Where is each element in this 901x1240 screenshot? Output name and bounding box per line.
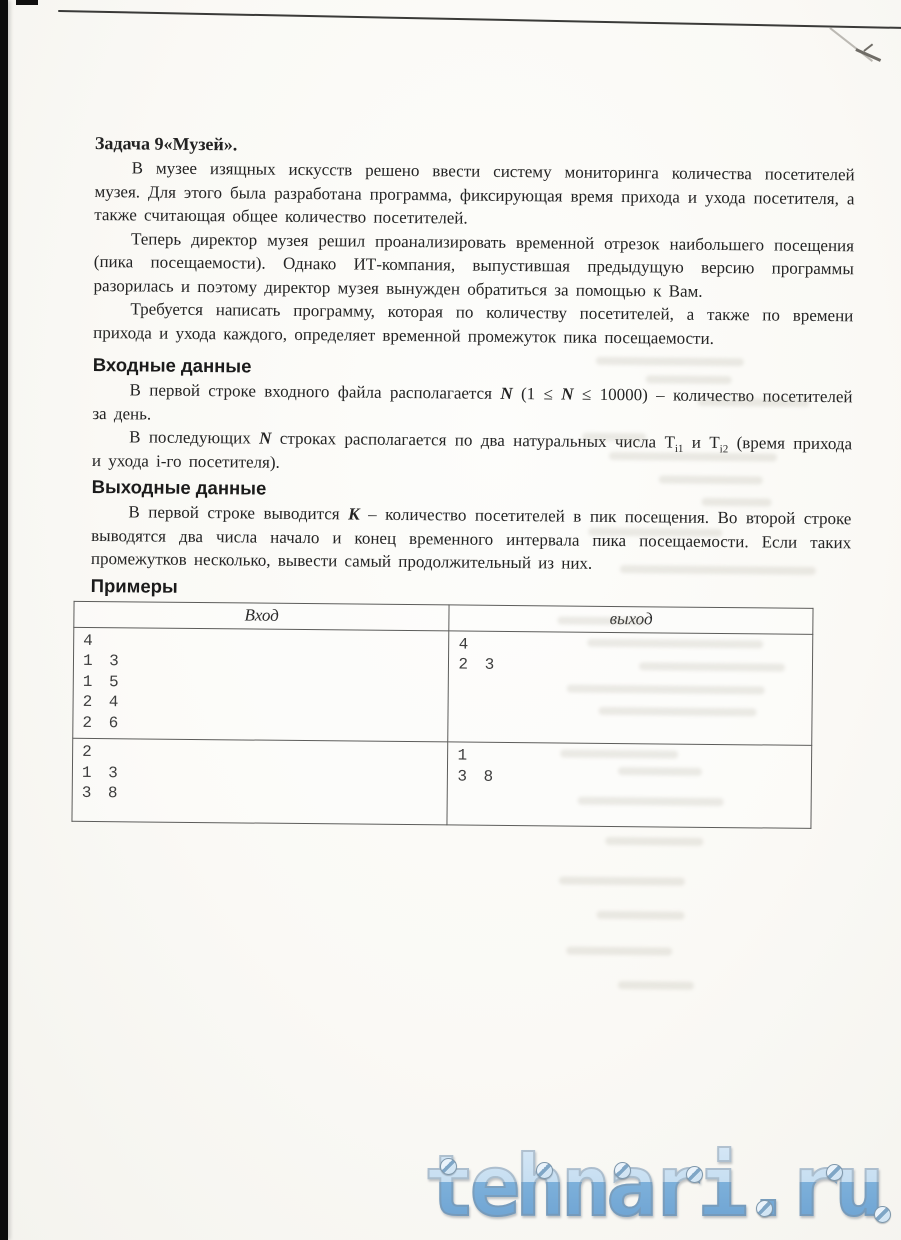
variable-n: N (259, 429, 271, 448)
screw-icon (536, 1162, 553, 1179)
tehnari-watermark-logo: tehnari.ru (424, 1136, 901, 1240)
bleed-through-artifact (659, 475, 763, 484)
bleed-through-artifact (557, 616, 645, 625)
watermark-text: tehnari.ru (424, 1136, 880, 1236)
text-fragment: В первой строке выводится (128, 502, 348, 523)
bleed-through-artifact (639, 662, 785, 671)
bleed-through-artifact (609, 452, 777, 462)
text-column: Задача 9«Музей». В музее изящных искусст… (0, 0, 901, 830)
bleed-through-artifact (587, 639, 763, 649)
bleed-through-artifact (566, 947, 672, 956)
screw-icon (826, 1164, 843, 1181)
example-input-cell: 4 1 3 1 5 2 4 2 6 (73, 627, 450, 742)
bleed-through-artifact (578, 797, 724, 806)
table-row: 2 1 3 3 8 1 3 8 (72, 738, 812, 828)
examples-heading: Примеры (91, 574, 851, 603)
page-content: Задача 9«Музей». В музее изящных искусст… (0, 0, 901, 1240)
intro-paragraph: Теперь директор музея решил проанализиро… (93, 226, 854, 304)
bleed-through-artifact (560, 749, 678, 758)
text-fragment: В последующих (129, 427, 259, 447)
screw-icon (614, 1162, 631, 1179)
bleed-through-artifact (582, 433, 646, 442)
column-header-input: Вход (74, 601, 450, 631)
bleed-through-artifact (618, 767, 702, 776)
bleed-through-artifact (597, 911, 685, 920)
text-fragment: и Т (683, 433, 719, 452)
scanned-document-page: Задача 9«Музей». В музее изящных искусст… (0, 0, 901, 1240)
variable-k: К (348, 504, 360, 523)
bleed-through-artifact (697, 398, 809, 407)
bleed-through-artifact (559, 876, 685, 885)
intro-paragraph: В музее изящных искусств решено ввести с… (94, 156, 855, 234)
screw-icon (874, 1206, 891, 1223)
input-paragraph: В последующих N строках располагается по… (92, 425, 852, 479)
bleed-through-artifact (588, 528, 722, 537)
example-input-cell: 2 1 3 3 8 (72, 738, 448, 825)
text-fragment: (1 ≤ (513, 384, 562, 403)
example-input-text: 4 1 3 1 5 2 4 2 6 (82, 630, 439, 736)
bleed-through-artifact (599, 707, 757, 717)
screw-icon (440, 1158, 457, 1175)
screw-icon (686, 1166, 703, 1183)
text-fragment: В первой строке входного файла располага… (130, 380, 501, 403)
bleed-through-artifact (596, 357, 744, 366)
screw-icon (756, 1200, 773, 1217)
variable-n: N (561, 384, 573, 403)
intro-paragraph: Требуется написать программу, которая по… (93, 297, 853, 351)
bleed-through-artifact (605, 837, 703, 846)
bleed-through-artifact (618, 981, 694, 990)
bleed-through-artifact (646, 375, 732, 384)
bleed-through-artifact (702, 498, 772, 507)
example-input-text: 2 1 3 3 8 (82, 742, 439, 807)
variable-n: N (500, 384, 512, 403)
